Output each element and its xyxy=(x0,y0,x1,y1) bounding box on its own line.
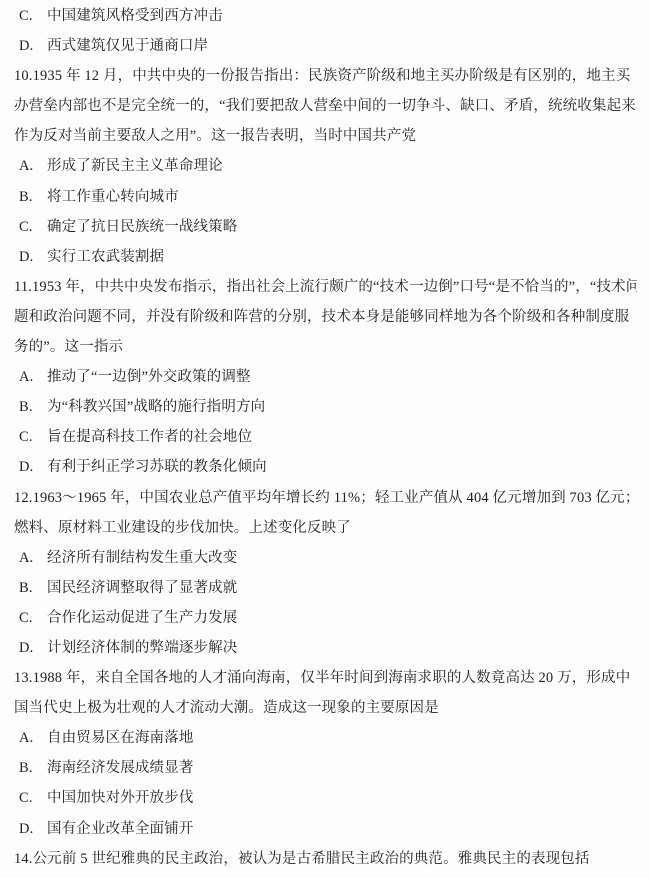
question-stem-line: 12.1963～1965 年，中国农业总产值平均年增长约 11%；轻工业产值从 … xyxy=(13,483,637,513)
option-label: A. xyxy=(19,362,38,392)
option-label: C. xyxy=(19,212,38,242)
option-text: 推动了“一边倒”外交政策的调整 xyxy=(47,369,251,385)
exam-document-page: C.中国建筑风格受到西方冲击D.西式建筑仅见于通商口岸10.1935 年 12 … xyxy=(0,0,650,878)
option-text: 将工作重心转向城市 xyxy=(47,189,179,205)
question-stem-line: 燃料、原材料工业建设的步伐加快。上述变化反映了 xyxy=(13,513,637,543)
question-stem-line: 11.1953 年，中共中央发布指示，指出社会上流行颇广的“技术一边倒”口号“是… xyxy=(13,272,637,302)
option-line: C.旨在提高科技工作者的社会地位 xyxy=(13,422,637,452)
option-label: C. xyxy=(19,783,38,813)
option-label: C. xyxy=(19,422,38,452)
question-stem-line: 题和政治问题不同，并没有阶级和阵营的分别，技术本身是能够同样地为各个阶级和各种制… xyxy=(13,302,637,332)
option-text: 中国建筑风格受到西方冲击 xyxy=(47,8,223,24)
option-text: 旨在提高科技工作者的社会地位 xyxy=(47,429,252,445)
option-text: 海南经济发展成绩显著 xyxy=(47,760,194,776)
question-stem-line: 14.公元前 5 世纪雅典的民主政治，被认为是古希腊民主政治的典范。雅典民主的表… xyxy=(13,844,637,874)
option-line: C.中国建筑风格受到西方冲击 xyxy=(13,1,637,31)
option-text: 有利于纠正学习苏联的教条化倾向 xyxy=(47,459,267,475)
option-label: D. xyxy=(19,452,38,482)
question-stem-line: 13.1988 年，来自全国各地的人才涌向海南，仅半年时间到海南求职的人数竟高达… xyxy=(13,663,637,693)
option-text: 计划经济体制的弊端逐步解决 xyxy=(47,640,237,656)
option-line: D.国有企业改革全面铺开 xyxy=(13,814,637,844)
option-line: B.海南经济发展成绩显著 xyxy=(13,753,637,783)
option-line: A.自由贸易区在海南落地 xyxy=(13,723,637,753)
option-text: 自由贸易区在海南落地 xyxy=(47,730,194,746)
option-label: B. xyxy=(19,392,38,422)
option-text: 为“科教兴国”战略的施行指明方向 xyxy=(47,399,265,415)
option-label: D. xyxy=(19,814,38,844)
option-label: B. xyxy=(19,753,38,783)
option-text: 确定了抗日民族统一战线策略 xyxy=(47,219,237,235)
document-content: C.中国建筑风格受到西方冲击D.西式建筑仅见于通商口岸10.1935 年 12 … xyxy=(13,1,637,874)
option-text: 西式建筑仅见于通商口岸 xyxy=(47,38,208,54)
option-line: A.推动了“一边倒”外交政策的调整 xyxy=(13,362,637,392)
option-label: D. xyxy=(19,31,38,61)
option-label: B. xyxy=(19,573,38,603)
question-stem-line: 办营垒内部也不是完全统一的，“我们要把敌人营垒中间的一切争斗、缺口、矛盾，统统收… xyxy=(13,91,637,121)
question-stem-line: 务的”。这一指示 xyxy=(13,332,637,362)
option-label: D. xyxy=(19,633,38,663)
option-text: 经济所有制结构发生重大改变 xyxy=(47,550,237,566)
option-text: 形成了新民主主义革命理论 xyxy=(47,158,223,174)
option-line: A.经济所有制结构发生重大改变 xyxy=(13,543,637,573)
option-line: B.国民经济调整取得了显著成就 xyxy=(13,573,637,603)
option-line: B.将工作重心转向城市 xyxy=(13,182,637,212)
option-line: D.实行工农武装割据 xyxy=(13,242,637,272)
option-label: C. xyxy=(19,603,38,633)
option-text: 合作化运动促进了生产力发展 xyxy=(47,610,237,626)
option-label: A. xyxy=(19,151,38,181)
option-label: D. xyxy=(19,242,38,272)
question-stem-line: 10.1935 年 12 月，中共中央的一份报告指出：民族资产阶级和地主买办阶级… xyxy=(13,61,637,91)
option-label: A. xyxy=(19,543,38,573)
option-line: C.确定了抗日民族统一战线策略 xyxy=(13,212,637,242)
option-line: C.合作化运动促进了生产力发展 xyxy=(13,603,637,633)
option-text: 实行工农武装割据 xyxy=(47,249,164,265)
option-line: D.有利于纠正学习苏联的教条化倾向 xyxy=(13,452,637,482)
option-label: C. xyxy=(19,1,38,31)
option-line: A.形成了新民主主义革命理论 xyxy=(13,151,637,181)
option-label: A. xyxy=(19,723,38,753)
option-label: B. xyxy=(19,182,38,212)
option-line: C.中国加快对外开放步伐 xyxy=(13,783,637,813)
option-line: D.计划经济体制的弊端逐步解决 xyxy=(13,633,637,663)
option-text: 中国加快对外开放步伐 xyxy=(47,790,194,806)
option-line: D.西式建筑仅见于通商口岸 xyxy=(13,31,637,61)
option-line: B.为“科教兴国”战略的施行指明方向 xyxy=(13,392,637,422)
question-stem-line: 作为反对当前主要敌人之用”。这一报告表明，当时中国共产党 xyxy=(13,121,637,151)
option-text: 国民经济调整取得了显著成就 xyxy=(47,580,237,596)
question-stem-line: 国当代史上极为壮观的人才流动大潮。造成这一现象的主要原因是 xyxy=(13,693,637,723)
option-text: 国有企业改革全面铺开 xyxy=(47,821,194,837)
